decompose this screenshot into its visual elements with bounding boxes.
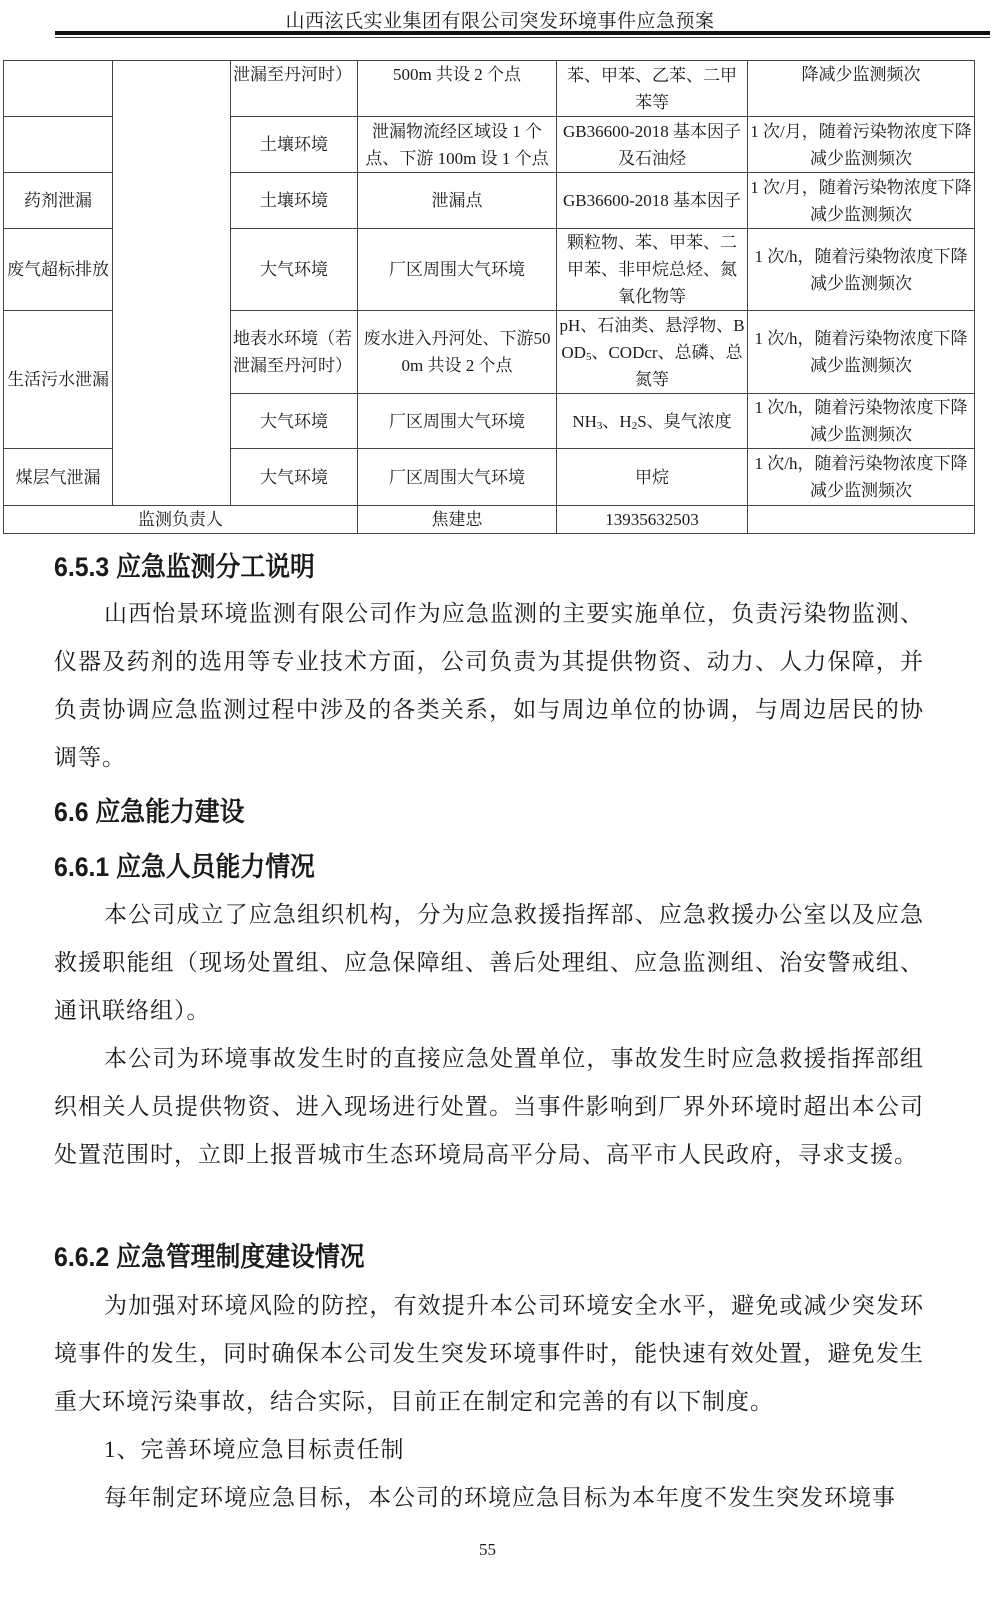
heading-6-6-1: 6.6.1 应急人员能力情况	[54, 845, 315, 884]
factor-text: S、臭气浓度	[637, 412, 731, 431]
factors-cell: GB36600-2018 基本因子	[557, 173, 748, 229]
medium-cell: 地表水环境（若泄漏至丹河时）	[231, 311, 358, 394]
paragraph-management-system: 为加强对环境风险的防控，有效提升本公司环境安全水平，避免或减少突发环境事件的发生…	[54, 1282, 924, 1426]
medium-cell: 土壤环境	[231, 173, 358, 229]
factor-text: 、CODcr、总磷、总氮等	[591, 343, 742, 389]
frequency-cell: 1 次/h，随着污染物浓度下降减少监测频次	[748, 394, 975, 449]
frequency-cell: 1 次/h，随着污染物浓度下降减少监测频次	[748, 229, 975, 311]
paragraph-response-unit: 本公司为环境事故发生时的直接应急处置单位，事故发生时应急救援指挥部组织相关人员提…	[54, 1035, 924, 1179]
responsible-phone: 13935632503	[557, 506, 748, 534]
frequency-cell: 1 次/月，随着污染物浓度下降减少监测频次	[748, 173, 975, 229]
points-cell: 废水进入丹河处、下游500m 共设 2 个点	[358, 311, 557, 394]
factors-cell: 颗粒物、苯、甲苯、二甲苯、非甲烷总烃、氮氧化物等	[557, 229, 748, 311]
medium-cell: 大气环境	[231, 394, 358, 449]
points-cell: 厂区周围大气环境	[358, 449, 557, 506]
responsible-name: 焦建忠	[358, 506, 557, 534]
factor-text: 、H	[602, 412, 631, 431]
blank-cell	[748, 506, 975, 534]
frequency-cell: 1 次/h，随着污染物浓度下降减少监测频次	[748, 449, 975, 506]
points-cell: 泄漏点	[358, 173, 557, 229]
factors-cell: 甲烷	[557, 449, 748, 506]
factor-text: NH	[572, 412, 597, 431]
incident-cell: 药剂泄漏	[4, 173, 113, 229]
responsible-label: 监测负责人	[4, 506, 358, 534]
points-cell: 500m 共设 2 个点	[358, 61, 557, 117]
medium-cell: 大气环境	[231, 229, 358, 311]
heading-6-5-3: 6.5.3 应急监测分工说明	[54, 545, 315, 584]
factors-cell: pH、石油类、悬浮物、BOD5、CODcr、总磷、总氮等	[557, 311, 748, 394]
incident-cell: 煤层气泄漏	[4, 449, 113, 506]
points-cell: 厂区周围大气环境	[358, 229, 557, 311]
frequency-cell: 1 次/h，随着污染物浓度下降减少监测频次	[748, 311, 975, 394]
page-number: 55	[0, 1540, 975, 1560]
blank-merged-cell	[113, 61, 231, 506]
document-title: 山西泫氏实业集团有限公司突发环境事件应急预案	[0, 6, 1000, 33]
incident-cell: 废气超标排放	[4, 229, 113, 311]
incident-cell: 生活污水泄漏	[4, 311, 113, 449]
table-row: 泄漏至丹河时） 500m 共设 2 个点 苯、甲苯、乙苯、二甲苯等 降减少监测频…	[4, 61, 975, 117]
incident-cell	[4, 117, 113, 173]
heading-6-6-2: 6.6.2 应急管理制度建设情况	[54, 1235, 365, 1274]
heading-6-6: 6.6 应急能力建设	[54, 790, 244, 829]
table-footer-row: 监测负责人 焦建忠 13935632503	[4, 506, 975, 534]
frequency-cell: 降减少监测频次	[748, 61, 975, 117]
incident-cell	[4, 61, 113, 117]
header-rule-thin	[55, 37, 990, 38]
points-cell: 泄漏物流经区域设 1 个点、下游 100m 设 1 个点	[358, 117, 557, 173]
paragraph-organization: 本公司成立了应急组织机构，分为应急救援指挥部、应急救援办公室以及应急救援职能组（…	[54, 891, 924, 1035]
medium-cell: 土壤环境	[231, 117, 358, 173]
factors-cell: NH3、H2S、臭气浓度	[557, 394, 748, 449]
factors-cell: 苯、甲苯、乙苯、二甲苯等	[557, 61, 748, 117]
paragraph-annual-targets: 每年制定环境应急目标，本公司的环境应急目标为本年度不发生突发环境事	[54, 1474, 924, 1522]
list-item-1: 1、完善环境应急目标责任制	[54, 1426, 924, 1474]
medium-cell: 大气环境	[231, 449, 358, 506]
medium-cell: 泄漏至丹河时）	[231, 61, 358, 117]
frequency-cell: 1 次/月，随着污染物浓度下降减少监测频次	[748, 117, 975, 173]
monitoring-table: 泄漏至丹河时） 500m 共设 2 个点 苯、甲苯、乙苯、二甲苯等 降减少监测频…	[3, 60, 975, 534]
factors-cell: GB36600-2018 基本因子及石油烃	[557, 117, 748, 173]
points-cell: 厂区周围大气环境	[358, 394, 557, 449]
header-rule	[55, 31, 990, 35]
paragraph-monitoring-division: 山西怡景环境监测有限公司作为应急监测的主要实施单位，负责污染物监测、仪器及药剂的…	[54, 590, 924, 782]
